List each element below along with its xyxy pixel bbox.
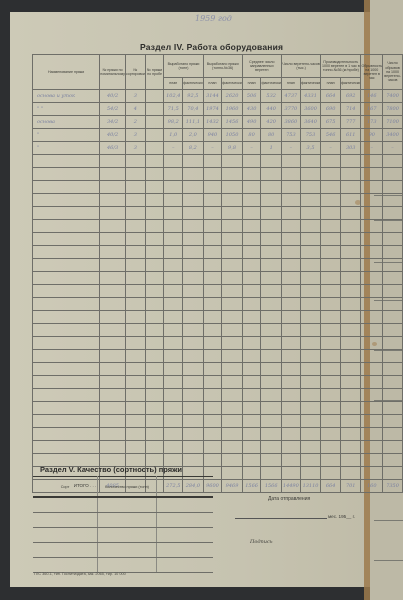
cell-empty <box>222 298 242 311</box>
cell-empty <box>383 155 403 168</box>
cell-p_fact: 777 <box>340 116 360 129</box>
cell-empty <box>300 389 320 402</box>
cell-empty <box>164 376 183 389</box>
cell-cln: 7800 <box>383 103 403 116</box>
cell-empty <box>242 259 261 272</box>
cell-empty <box>340 155 360 168</box>
cell-empty <box>183 324 203 337</box>
cell-empty <box>183 428 203 441</box>
cell-empty <box>100 246 126 259</box>
cell-empty <box>242 324 261 337</box>
dispatch-date-suffix: мес. 195__ г. <box>328 514 355 519</box>
cell-empty <box>242 233 261 246</box>
sub-fact: фактически <box>183 78 203 90</box>
cell-empty <box>33 233 100 246</box>
cell-n_plan: 1974 <box>203 103 222 116</box>
cell-empty <box>261 454 281 467</box>
cell-empty <box>183 402 203 415</box>
cell-empty <box>164 389 183 402</box>
cell-empty <box>183 441 203 454</box>
cell-empty <box>203 207 222 220</box>
cell-empty <box>242 454 261 467</box>
cell-empty <box>100 402 126 415</box>
cell-empty <box>281 207 300 220</box>
cell-empty <box>100 337 126 350</box>
cell-s_fact: 80 <box>261 129 281 142</box>
cell-empty <box>261 441 281 454</box>
cell-empty <box>100 363 126 376</box>
cell-empty <box>125 376 145 389</box>
cell-empty <box>33 337 100 350</box>
cell-empty <box>164 259 183 272</box>
total-cln: 7350 <box>383 480 403 493</box>
cell-empty <box>125 207 145 220</box>
cell-empty <box>383 220 403 233</box>
cell-empty <box>383 246 403 259</box>
cell-brk: 167 <box>361 103 383 116</box>
header-avg-spindles: Среднее число заправленных веретен <box>242 55 281 78</box>
cell-h_plan: – <box>281 142 300 155</box>
cell-empty <box>125 415 145 428</box>
cell-empty <box>242 350 261 363</box>
cell-empty <box>222 324 242 337</box>
cell-sort: 4 <box>125 103 145 116</box>
cell-cln: 7400 <box>383 90 403 103</box>
cell-empty <box>242 376 261 389</box>
cell-empty <box>125 155 145 168</box>
cell-empty <box>145 246 164 259</box>
cell-empty <box>361 389 383 402</box>
cell-empty <box>33 363 100 376</box>
cell-empty <box>321 428 341 441</box>
cell-empty <box>33 181 100 194</box>
cell-p_plan: 546 <box>321 129 341 142</box>
sub-plan: план <box>281 78 300 90</box>
cell-empty <box>261 311 281 324</box>
cell-p_plan: 675 <box>321 116 341 129</box>
table-row-empty <box>33 181 403 194</box>
header-name: Наименование пряжи <box>33 55 100 90</box>
cell-empty <box>300 298 320 311</box>
cell-empty <box>383 168 403 181</box>
cell-name: " <box>33 129 100 142</box>
cell-empty <box>340 324 360 337</box>
cell-empty <box>261 246 281 259</box>
cell-empty <box>281 441 300 454</box>
table-row-empty <box>33 272 403 285</box>
header-output-tons: Выработано пряжи (тонн) <box>164 55 203 78</box>
total-h_plan: 14490 <box>281 480 300 493</box>
cell-n_plan: – <box>203 142 222 155</box>
table-row: "46/33–8,2–9,8–1–3,5–303–– <box>33 142 403 155</box>
cell-empty <box>340 402 360 415</box>
cell-empty <box>145 259 164 272</box>
cell-empty <box>183 181 203 194</box>
cell-empty <box>164 272 183 285</box>
cell-empty <box>164 194 183 207</box>
cell-empty <box>383 337 403 350</box>
cell-empty <box>33 259 100 272</box>
cell-empty <box>281 363 300 376</box>
cell-empty <box>383 311 403 324</box>
cell-empty <box>242 155 261 168</box>
sub-plan: план <box>242 78 261 90</box>
cell-empty <box>261 376 281 389</box>
cell-empty <box>125 246 145 259</box>
cell-empty <box>203 272 222 285</box>
table-row-empty <box>33 402 403 415</box>
cell-empty <box>300 285 320 298</box>
cell-empty <box>383 467 403 480</box>
sub-plan: план <box>321 78 341 90</box>
cell-empty <box>125 337 145 350</box>
cell-h_fact: 3600 <box>300 103 320 116</box>
cell-n_fact: 1960 <box>222 103 242 116</box>
cell-t_plan: 1,0 <box>164 129 183 142</box>
cell-empty <box>340 428 360 441</box>
cell-empty <box>361 350 383 363</box>
total-s_fact: 1566 <box>261 480 281 493</box>
cell-empty <box>183 350 203 363</box>
dispatch-date-line <box>235 518 327 519</box>
cell-empty <box>164 298 183 311</box>
cell-t_fact: 111,1 <box>183 116 203 129</box>
cell-empty <box>321 246 341 259</box>
cell-empty <box>125 181 145 194</box>
cell-empty <box>261 155 281 168</box>
cell-empty <box>383 298 403 311</box>
cell-empty <box>361 259 383 272</box>
cell-empty <box>300 441 320 454</box>
cell-empty <box>98 558 157 573</box>
cell-empty <box>164 220 183 233</box>
cell-empty <box>383 194 403 207</box>
cell-empty <box>242 207 261 220</box>
cell-empty <box>125 272 145 285</box>
cell-empty <box>33 246 100 259</box>
cell-empty <box>340 441 360 454</box>
cell-empty <box>33 311 100 324</box>
cell-empty <box>203 350 222 363</box>
sub-plan: план <box>203 78 222 90</box>
cell-empty <box>164 428 183 441</box>
cell-empty <box>100 298 126 311</box>
cell-empty <box>242 311 261 324</box>
cell-empty <box>300 246 320 259</box>
cell-empty <box>125 298 145 311</box>
table-row-empty <box>33 415 403 428</box>
table-row-empty <box>33 441 403 454</box>
cell-empty <box>100 194 126 207</box>
header-productivity: Производительность 1000 веретен в 1 час … <box>321 55 361 78</box>
cell-empty <box>33 402 100 415</box>
cell-empty <box>261 298 281 311</box>
cell-empty <box>222 428 242 441</box>
cell-empty <box>33 272 100 285</box>
cell-empty <box>145 337 164 350</box>
table-row-empty <box>33 246 403 259</box>
cell-s_plan: 490 <box>242 116 261 129</box>
cell-empty <box>261 389 281 402</box>
cell-empty <box>242 168 261 181</box>
cell-empty <box>242 415 261 428</box>
cell-empty <box>321 311 341 324</box>
cell-h_plan: 3860 <box>281 116 300 129</box>
cell-h_plan: 3770 <box>281 103 300 116</box>
cell-empty <box>222 246 242 259</box>
cell-sample <box>145 116 164 129</box>
cell-empty <box>340 220 360 233</box>
cell-empty <box>361 194 383 207</box>
cell-t_plan: 102,4 <box>164 90 183 103</box>
header-output-no36: Выработано пряжи (тонно-№36) <box>203 55 242 78</box>
cell-empty <box>321 350 341 363</box>
cell-empty <box>281 454 300 467</box>
cell-brk: 173 <box>361 116 383 129</box>
cell-empty <box>203 402 222 415</box>
cell-t_fact: 8,2 <box>183 142 203 155</box>
dispatch-date-label: Дата отправления <box>268 496 310 502</box>
cell-empty <box>183 168 203 181</box>
cell-empty <box>300 467 320 480</box>
cell-empty <box>361 298 383 311</box>
table-row-empty <box>33 168 403 181</box>
cell-empty <box>340 376 360 389</box>
cell-empty <box>100 441 126 454</box>
cell-empty <box>383 454 403 467</box>
cell-empty <box>321 415 341 428</box>
cell-brk: 90 <box>361 129 383 142</box>
cell-empty <box>261 363 281 376</box>
cell-empty <box>261 207 281 220</box>
cell-empty <box>321 259 341 272</box>
cell-empty <box>33 415 100 428</box>
cell-empty <box>157 513 214 528</box>
cell-empty <box>100 389 126 402</box>
cell-t_plan: 71,5 <box>164 103 183 116</box>
cell-empty <box>361 415 383 428</box>
cell-s_plan: 80 <box>242 129 261 142</box>
cell-empty <box>242 181 261 194</box>
cell-empty <box>222 207 242 220</box>
cell-empty <box>164 324 183 337</box>
cell-empty <box>222 285 242 298</box>
cell-empty <box>281 402 300 415</box>
cell-s_plan: 506 <box>242 90 261 103</box>
cell-empty <box>281 376 300 389</box>
table-row-empty <box>33 194 403 207</box>
cell-empty <box>261 259 281 272</box>
cell-empty <box>261 181 281 194</box>
cell-empty <box>340 181 360 194</box>
cell-empty <box>183 376 203 389</box>
cell-p_fact: 714 <box>340 103 360 116</box>
cell-empty <box>340 259 360 272</box>
cell-empty <box>203 246 222 259</box>
cell-empty <box>361 441 383 454</box>
cell-empty <box>383 363 403 376</box>
cell-empty <box>242 389 261 402</box>
cell-empty <box>164 363 183 376</box>
cell-name: основа <box>33 116 100 129</box>
cell-empty <box>321 272 341 285</box>
total-p_fact: 701 <box>340 480 360 493</box>
cell-empty <box>98 543 157 558</box>
cell-empty <box>321 220 341 233</box>
cell-name: " <box>33 142 100 155</box>
table-row-empty <box>33 259 403 272</box>
cell-empty <box>145 168 164 181</box>
cell-empty <box>100 415 126 428</box>
cell-empty <box>361 155 383 168</box>
cell-empty <box>33 220 100 233</box>
cell-empty <box>321 207 341 220</box>
cell-empty <box>321 181 341 194</box>
sub-plan: план <box>164 78 183 90</box>
cell-empty <box>281 233 300 246</box>
quality-header-extra <box>157 477 214 498</box>
cell-empty <box>183 155 203 168</box>
cell-empty <box>125 350 145 363</box>
cell-h_fact: 4331 <box>300 90 320 103</box>
cell-empty <box>33 428 100 441</box>
cell-empty <box>203 220 222 233</box>
cell-h_fact: 753 <box>300 129 320 142</box>
cell-empty <box>203 298 222 311</box>
cell-sort: 3 <box>125 90 145 103</box>
table-row-empty <box>33 220 403 233</box>
cell-empty <box>203 324 222 337</box>
cell-empty <box>183 363 203 376</box>
cell-empty <box>222 272 242 285</box>
cell-p_plan: 664 <box>321 90 341 103</box>
header-sample: № пряжи по пробе <box>145 55 164 90</box>
cell-empty <box>125 441 145 454</box>
cell-empty <box>125 428 145 441</box>
cell-empty <box>183 220 203 233</box>
cell-cln: – <box>383 142 403 155</box>
cell-empty <box>340 363 360 376</box>
cell-empty <box>261 272 281 285</box>
cell-sample <box>145 142 164 155</box>
cell-t_fact: 70,4 <box>183 103 203 116</box>
table-row-empty <box>33 363 403 376</box>
cell-empty <box>340 285 360 298</box>
cell-empty <box>321 363 341 376</box>
cell-empty <box>383 324 403 337</box>
cell-empty <box>203 441 222 454</box>
cell-empty <box>383 402 403 415</box>
sub-fact: фактически <box>222 78 242 90</box>
cell-empty <box>242 441 261 454</box>
table-row-empty <box>33 428 403 441</box>
cell-empty <box>340 467 360 480</box>
cell-empty <box>300 415 320 428</box>
cell-n_fact: 9,8 <box>222 142 242 155</box>
cell-empty <box>164 285 183 298</box>
cell-empty <box>203 168 222 181</box>
cell-empty <box>261 233 281 246</box>
cell-empty <box>183 337 203 350</box>
cell-empty <box>145 181 164 194</box>
cell-empty <box>361 376 383 389</box>
cell-empty <box>340 337 360 350</box>
cell-empty <box>222 194 242 207</box>
cell-n_plan: 940 <box>203 129 222 142</box>
cell-empty <box>321 168 341 181</box>
cell-empty <box>300 454 320 467</box>
cell-empty <box>145 376 164 389</box>
cell-empty <box>300 428 320 441</box>
cell-h_plan: 4737 <box>281 90 300 103</box>
cell-p_plan: – <box>321 142 341 155</box>
cell-empty <box>242 220 261 233</box>
cell-t_plan: 98,2 <box>164 116 183 129</box>
cell-empty <box>340 298 360 311</box>
cell-empty <box>203 428 222 441</box>
cell-empty <box>300 272 320 285</box>
quality-row-empty <box>33 528 213 543</box>
cell-empty <box>222 441 242 454</box>
cell-empty <box>33 194 100 207</box>
cell-empty <box>33 350 100 363</box>
cell-empty <box>203 389 222 402</box>
cell-empty <box>361 220 383 233</box>
cell-empty <box>125 363 145 376</box>
cell-empty <box>145 350 164 363</box>
cell-empty <box>383 207 403 220</box>
cell-num: 46/3 <box>100 142 126 155</box>
cell-num: 40/2 <box>100 90 126 103</box>
cell-empty <box>242 246 261 259</box>
cell-s_fact: 440 <box>261 103 281 116</box>
cell-empty <box>222 415 242 428</box>
cell-empty <box>164 415 183 428</box>
cell-sample <box>145 103 164 116</box>
cell-empty <box>145 415 164 428</box>
quality-header-grade: Сорт <box>33 477 98 498</box>
cell-empty <box>125 194 145 207</box>
cell-empty <box>222 389 242 402</box>
cell-empty <box>340 454 360 467</box>
cell-empty <box>300 376 320 389</box>
sub-fact: фактически <box>300 78 320 90</box>
cell-num: 34/2 <box>100 116 126 129</box>
cell-s_fact: 532 <box>261 90 281 103</box>
cell-empty <box>203 415 222 428</box>
cell-empty <box>125 168 145 181</box>
cell-empty <box>300 337 320 350</box>
header-num: № пряжи по номинальному <box>100 55 126 90</box>
table-row: основа и уток40/23102,492,53144262050653… <box>33 90 403 103</box>
cell-empty <box>145 324 164 337</box>
cell-empty <box>361 324 383 337</box>
cell-num: 54/2 <box>100 103 126 116</box>
cell-empty <box>383 272 403 285</box>
cell-empty <box>242 194 261 207</box>
cell-empty <box>281 285 300 298</box>
table-row-empty <box>33 207 403 220</box>
cell-empty <box>361 402 383 415</box>
cell-empty <box>281 155 300 168</box>
cell-s_plan: – <box>242 142 261 155</box>
cell-empty <box>100 155 126 168</box>
cell-empty <box>321 454 341 467</box>
cell-empty <box>242 272 261 285</box>
cell-empty <box>222 376 242 389</box>
header-spindle-hours: Число веретено-часов (тыс.) <box>281 55 320 78</box>
cell-empty <box>125 402 145 415</box>
